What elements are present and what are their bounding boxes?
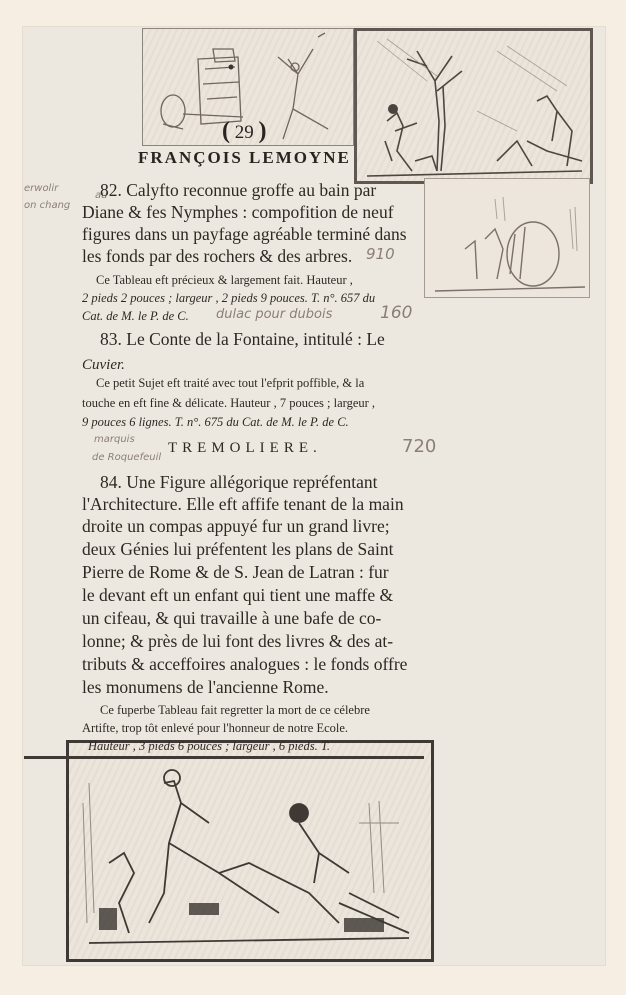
lot-82-line: 82. Calyfto reconnue groffe au bain par — [100, 180, 376, 201]
lot-84-line: l'Architecture. Elle eft affife tenant d… — [82, 494, 404, 515]
margin-annotation: marquis — [94, 434, 135, 445]
price-annotation: 720 — [402, 436, 436, 457]
lot-82-line: figures dans un payfage agréable terminé… — [82, 224, 407, 245]
buyer-annotation: dulac pour dubois — [216, 307, 332, 322]
lot-84-line: droite un compas appuyé fur un grand liv… — [82, 516, 390, 537]
lot-83-note: Ce petit Sujet eft traité avec tout l'ef… — [96, 375, 364, 392]
lot-84-note: Ce fuperbe Tableau fait regretter la mor… — [100, 702, 370, 719]
margin-annotation: erwolir — [24, 183, 58, 194]
lot-83-note: 9 pouces 6 lignes. T. n°. 675 du Cat. de… — [82, 414, 349, 431]
lot-82-note: Ce Tableau eft précieux & largement fait… — [96, 272, 353, 289]
lot-82-note: Cat. de M. le P. de C. — [82, 308, 189, 325]
lot-82-line: Diane & fes Nymphes : compofition de neu… — [82, 202, 394, 223]
lot-84-line: le devant eft un enfant qui tient une ma… — [82, 585, 393, 606]
lot-84-line: un cifeau, & qui travaille à une bafe de… — [82, 608, 381, 629]
sketch-drawing-icon — [69, 743, 431, 959]
sketch-calisto-bath — [354, 28, 593, 184]
lot-84-note: Hauteur , 3 pieds 6 pouces ; largeur , 6… — [88, 738, 330, 755]
sketch-drawing-icon — [357, 31, 590, 181]
sketch-le-cuvier — [424, 178, 590, 298]
margin-annotation: de Roquefeuil — [92, 452, 161, 463]
price-annotation: 910 — [366, 245, 395, 263]
lot-84-line: les monumens de l'ancienne Rome. — [82, 677, 329, 698]
lot-84-line: lonne; & près de lui font des livres & d… — [82, 631, 393, 652]
sketch-drawing-icon — [425, 179, 589, 297]
sketch-allegory-architecture — [66, 740, 434, 962]
lot-83-line: Cuvier. — [82, 355, 125, 376]
lot-84-line: deux Génies lui préfentent les plans de … — [82, 539, 394, 560]
lot-82-note: 2 pieds 2 pouces ; largeur , 2 pieds 9 p… — [82, 290, 375, 307]
lot-82-line: les fonds par des rochers & des arbres. — [82, 246, 352, 267]
lot-83-line: 83. Le Conte de la Fontaine, intitulé : … — [100, 329, 385, 350]
artist-heading-tremoliere: TREMOLIERE. — [168, 440, 322, 457]
lot-84-line: tributs & acceffoires analogues : le fon… — [82, 654, 407, 675]
lot-84-line: Pierre de Rome & de S. Jean de Latran : … — [82, 562, 389, 583]
ruled-line — [24, 756, 424, 759]
price-annotation: 160 — [380, 303, 412, 323]
page-number: ( 29 ) — [222, 118, 267, 145]
artist-heading-lemoyne: FRANÇOIS LEMOYNE — [138, 148, 351, 168]
lot-84-note: Artifte, trop tôt enlevé pour l'honneur … — [82, 720, 348, 737]
lot-84-line: 84. Une Figure allégorique repréfentant — [100, 472, 377, 493]
lot-83-note: touche en eft fine & délicate. Hauteur ,… — [82, 395, 375, 412]
margin-annotation: on chang — [24, 200, 70, 211]
